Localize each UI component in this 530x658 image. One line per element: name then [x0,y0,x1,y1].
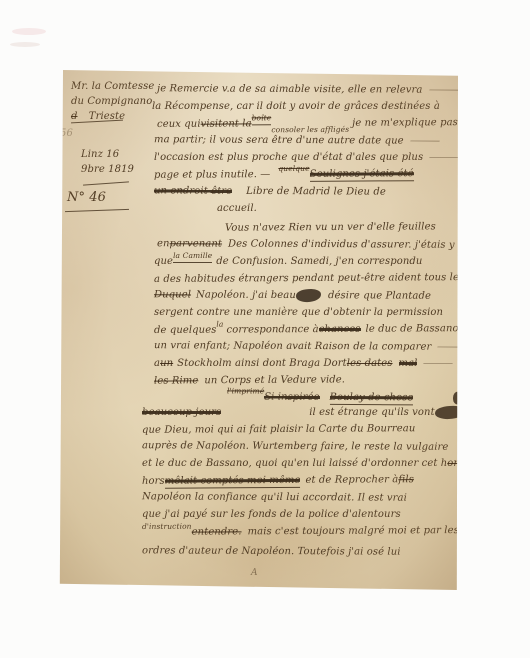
handwritten-text: ordres d'auteur de Napoléon. Toutefois j… [142,544,401,558]
handwritten-text: mais c'est toujours malgré moi et par le… [248,524,459,538]
page-mark: 56 [60,127,73,140]
date-place: Linz 16 [81,147,134,162]
struck-text: — [427,84,459,97]
handwritten-text: la [216,318,223,331]
manuscript-line: accueil. [217,202,257,215]
handwritten-text: ma partir; il vous sera être d'une autre… [154,133,404,147]
date-underline [83,181,129,185]
letter-number: N° 46 [67,191,106,204]
handwritten-text: que [154,255,173,268]
manuscript-line: d'instructionentendre.mais c'est toujour… [142,524,459,539]
handwritten-text: auprès de Napoléon. Wurtemberg faire, le… [142,439,448,454]
struck-text: un endroit être [154,184,232,197]
handwritten-text: ceux qui [157,118,201,131]
handwritten-text: Duquel [154,288,191,301]
struck-text: — [422,357,454,370]
struck-text: Si inspirée [264,391,319,404]
manuscript-line: ordres d'auteur de Napoléon. Toutefois j… [142,544,401,558]
handwritten-text: je ne m'explique pas le [352,116,470,130]
date-value: 9bre 1819 [81,162,134,177]
manuscript-line: un vrai enfant; Napoléon avait Raison de… [154,339,465,354]
handwritten-text: que Dieu, moi qui ai fait plaisir la Car… [142,422,415,437]
manuscript-line: hors mêlait comptés moi mêmeet de Reproc… [142,473,414,489]
handwritten-text: entendre. [192,525,242,538]
handwritten-text: chose [435,405,465,419]
struck-text: — [464,322,496,335]
handwritten-text: le duc de Bassano [365,322,458,336]
handwritten-text: les dates [347,357,393,370]
handwritten-text: page et plus inutile. — [154,168,270,182]
handwritten-text: il est étrange qu'ils vont [309,406,434,419]
manuscript-line: que Dieu, moi qui ai fait plaisir la Car… [142,422,415,437]
handwritten-text: un Corps et la Vedure vide. [204,373,345,387]
handwritten-text: la Camille [173,249,212,263]
manuscript-line: page et plus inutile. —quelqueSoulignes … [154,167,414,183]
struck-text: mêlait comptés moi même [165,474,301,489]
manuscript-line: a unStockholm ainsi dont Braga Dort les … [154,357,451,370]
handwritten-text: un [160,357,173,370]
address-line: Mr. la Comtesse [71,79,154,94]
manuscript-line: auprès de Napoléon. Wurtemberg faire, le… [142,439,448,454]
handwritten-text: mots [296,289,321,303]
handwritten-text: quelque [278,162,309,175]
struck-text: chances [319,323,361,336]
faint-pink-smudge [12,28,46,35]
manuscript-line: beaucoup joursil est étrange qu'ils vont… [142,406,464,419]
struck-text: — [428,151,460,164]
handwritten-text: je Remercie v.a de sa aimable visite, el… [157,82,423,96]
manuscript-line: et le duc de Bassano, quoi qu'en lui lai… [142,457,479,470]
handwritten-text: Napoléon. j'ai beau [196,288,296,302]
handwritten-text: visitent la [201,117,252,130]
manuscript-line: un endroit êtreLibre de Madrid le Dieu d… [154,184,386,198]
handwritten-text: a des habitudes étrangers pendant peut-ê… [154,271,464,286]
date-block: Linz 16 9bre 1819 [81,147,134,177]
photo-background: Mr. la Comtesse du Compignano d Trieste … [0,0,530,658]
address-block: Mr. la Comtesse du Compignano d Trieste [71,79,154,124]
manuscript-line: ma partir; il vous sera être d'une autre… [154,133,437,147]
faint-pink-smudge [10,42,40,47]
manuscript-line: la Récompense, car il doit y avoir de gr… [152,100,440,113]
struck-text: mal [399,357,418,370]
handwritten-text: de quelques [154,324,217,337]
handwritten-text: Napoléon la confiance qu'il lui accordai… [142,490,407,504]
manuscript-line: ceux qui visitent laboîteconsoler les af… [157,116,471,132]
handwritten-text: la Récompense, car il doit y avoir de gr… [152,100,440,113]
handwritten-text: désire que Plantade [328,289,431,303]
manuscript-page: Mr. la Comtesse du Compignano d Trieste … [57,69,458,590]
handwritten-text: d'instruction [142,520,192,533]
handwritten-text: et de Reprocher à [305,473,398,487]
manuscript-line: Vous n'avez Rien vu un ver d'elle feuill… [225,220,436,234]
handwritten-text: en [157,237,170,250]
manuscript-line: a des habitudes étrangers pendant peut-ê… [154,271,464,286]
manuscript-line: l'impriméSi inspiréeBoulay de choseM [227,390,464,405]
handwritten-text: Vous n'avez Rien vu un ver d'elle feuill… [225,220,436,234]
manuscript-line: DuquelNapoléon. j'ai beau motsdésire que… [154,288,431,302]
number-underline [65,209,129,212]
struck-text: — [436,341,468,354]
struck-text: beaucoup jours [142,406,221,419]
handwritten-text: M [453,391,464,404]
handwritten-text: Libre de Madrid le Dieu de [246,185,386,199]
handwritten-text: Des Colonnes d'individus d'assurer. j'ét… [228,238,464,252]
handwritten-text: et le duc de Bassano, quoi qu'en lui lai… [142,457,447,470]
handwritten-text: boîte [252,111,272,125]
struck-text: — [409,135,441,148]
handwritten-text: correspondance à [226,323,318,337]
manuscript-line: je Remercie v.a de sa aimable visite, el… [157,82,456,97]
struck-text: Soulignes j'étais été [310,167,414,182]
handwritten-text: un vrai enfant; Napoléon avait Raison de… [154,339,431,353]
manuscript-line: que la Camillede Confusion. Samedi, j'en… [154,255,422,269]
handwritten-text: les Rime [154,374,198,387]
handwritten-text: accueil. [217,202,257,215]
handwritten-text: Stockholm ainsi dont Braga Dort [177,357,347,370]
handwritten-text: fils [398,473,414,486]
center-mark: A [251,567,258,580]
handwritten-text: sergent contre une manière que d'obtenir… [154,306,443,319]
manuscript-line: de quelques lacorrespondance à chancesle… [154,322,492,337]
handwritten-text: de Confusion. Samedi, j'en correspondu [216,255,422,268]
struck-text: Boulay de chose [330,391,414,405]
address-line: du Compignano [71,94,154,109]
handwritten-text: omme [447,457,478,470]
handwritten-text: hors [142,475,165,488]
handwritten-text: l'imprimé [227,384,264,397]
manuscript-line: sergent contre une manière que d'obtenir… [154,306,443,319]
manuscript-line: Napoléon la confiance qu'il lui accordai… [142,490,407,504]
